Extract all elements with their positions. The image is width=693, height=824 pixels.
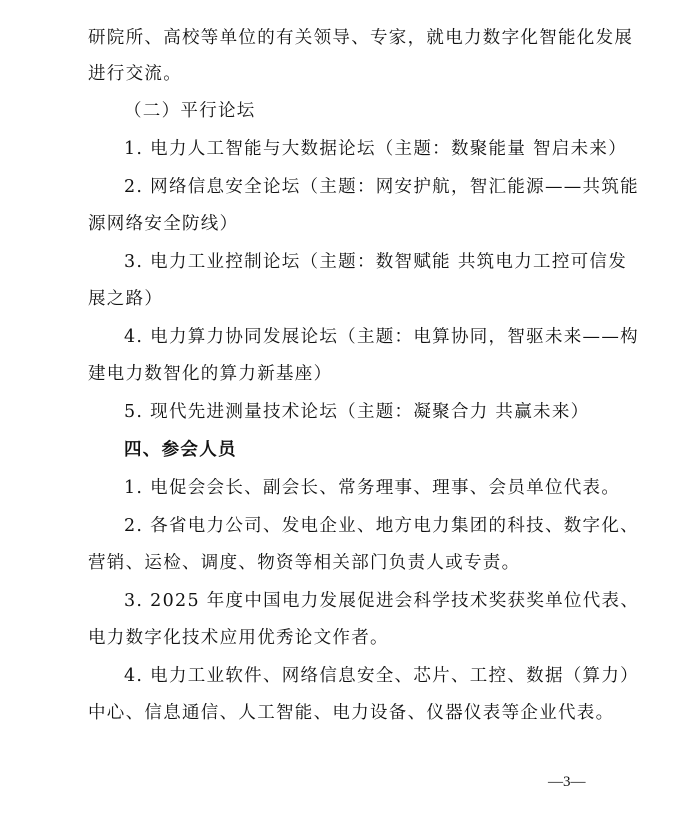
attendee-item-4: 4. 电力工业软件、网络信息安全、芯片、工控、数据（算力） [124,664,608,688]
forum-item-5: 5. 现代先进测量技术论坛（主题：凝聚合力 共赢未来） [124,400,608,424]
forum-item-2: 2. 网络信息安全论坛（主题：网安护航，智汇能源——共筑能 [124,175,608,199]
forum-item-4-cont: 建电力数智化的算力新基座） [88,362,608,386]
attendee-item-4-cont: 中心、信息通信、人工智能、电力设备、仪器仪表等企业代表。 [88,701,608,725]
paragraph-line: 研院所、高校等单位的有关领导、专家，就电力数字化智能化发展 [88,26,608,50]
section-heading-attendees: 四、参会人员 [124,438,608,462]
subsection-heading: （二）平行论坛 [124,99,608,123]
forum-item-3-cont: 展之路） [88,287,608,311]
forum-item-4: 4. 电力算力协同发展论坛（主题：电算协同，智驱未来——构 [124,325,608,349]
attendee-item-2-cont: 营销、运检、调度、物资等相关部门负责人或专责。 [88,551,608,575]
page-number: —3— [548,774,586,791]
forum-item-2-cont: 源网络安全防线） [88,212,608,236]
forum-item-3: 3. 电力工业控制论坛（主题：数智赋能 共筑电力工控可信发 [124,250,608,274]
attendee-item-1: 1. 电促会会长、副会长、常务理事、理事、会员单位代表。 [124,476,608,500]
forum-item-1: 1. 电力人工智能与大数据论坛（主题：数聚能量 智启未来） [124,137,608,161]
attendee-item-3-cont: 电力数字化技术应用优秀论文作者。 [88,626,608,650]
attendee-item-2: 2. 各省电力公司、发电企业、地方电力集团的科技、数字化、 [124,514,608,538]
paragraph-line: 进行交流。 [88,62,608,86]
document-page: 研院所、高校等单位的有关领导、专家，就电力数字化智能化发展 进行交流。 （二）平… [0,0,693,824]
attendee-item-3: 3. 2025 年度中国电力发展促进会科学技术奖获奖单位代表、 [124,589,608,613]
